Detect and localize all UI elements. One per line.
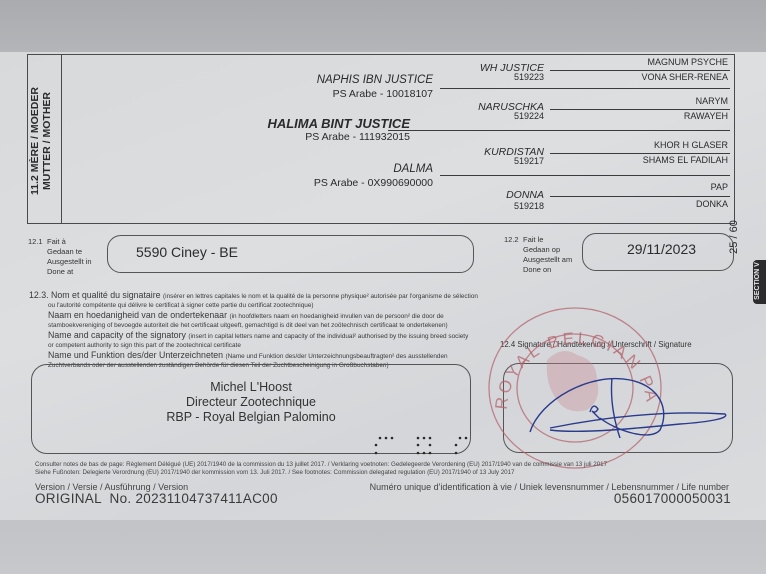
gen3-name-4: DONNA [506, 189, 544, 201]
gen4-name-3: NARYM [696, 96, 728, 106]
dam-sire-name: NAPHIS IBN JUSTICE [317, 74, 433, 86]
gen3-reg-4: 519218 [514, 201, 544, 211]
dam-name: HALIMA BINT JUSTICE [267, 116, 410, 131]
version-value: ORIGINAL No. 20231104737411AC00 [35, 491, 278, 506]
dam-line [388, 130, 730, 131]
gen3-reg-1: 519223 [514, 72, 544, 82]
gen3-reg-3: 519217 [514, 156, 544, 166]
dam-dam-name: DALMA [393, 163, 433, 175]
footnote-1: Consulter notes de bas de page: Règlemen… [35, 461, 607, 469]
signatory-org: RBP - Royal Belgian Palomino [32, 410, 470, 425]
perforation-marks [370, 432, 480, 460]
dam-dam-line [440, 175, 730, 176]
place-field: 5590 Ciney - BE [107, 235, 474, 273]
place-value: 5590 Ciney - BE [136, 244, 238, 260]
dam-reg: PS Arabe - 111932015 [305, 131, 410, 143]
dam-sire-reg: PS Arabe - 10018107 [333, 88, 433, 100]
gen3-reg-2: 519224 [514, 111, 544, 121]
dam-sire-line [440, 88, 730, 89]
date-labels: Fait le Gedaan op Ausgestellt am Done on [523, 235, 572, 275]
gen4-name-6: SHAMS EL FADILAH [643, 155, 728, 165]
dam-dam-reg: PS Arabe - 0X990690000 [314, 177, 433, 189]
gen4-name-1: MAGNUM PSYCHE [647, 57, 728, 67]
date-num: 12.2 [504, 235, 519, 245]
footnote-2: Siehe Fußnoten: Delegierte Verordnung (E… [35, 469, 514, 477]
place-labels: Fait à Gedaan te Ausgestellt in Done at [47, 237, 92, 277]
gen4-name-2: VONA SHER-RENEA [641, 72, 728, 82]
gen4-name-4: RAWAYEH [684, 111, 728, 121]
signature-icon [520, 370, 730, 445]
signatory-name: Michel L'Hoost [32, 380, 470, 395]
gen3-line-4 [550, 196, 730, 197]
life-number-value: 056017000050031 [614, 491, 731, 506]
section-tab: SECTION V [753, 260, 766, 304]
section-label: 11.2 MÈRE / MOEDER MUTTER / MOTHER [29, 71, 53, 211]
gen4-name-5: KHOR H GLASER [654, 140, 728, 150]
gen4-name-7: PAP [711, 182, 728, 192]
signatory-instructions: 12.3. Nom et qualité du signataire (insé… [29, 290, 478, 370]
gen4-name-8: DONKA [696, 199, 728, 209]
place-num: 12.1 [28, 237, 43, 247]
date-value: 29/11/2023 [627, 241, 696, 257]
date-field: 29/11/2023 [582, 233, 734, 271]
signatory-title: Directeur Zootechnique [32, 395, 470, 410]
page-counter: 25 / 60 [728, 212, 740, 262]
section-label-band: 11.2 MÈRE / MOEDER MUTTER / MOTHER [27, 54, 62, 224]
